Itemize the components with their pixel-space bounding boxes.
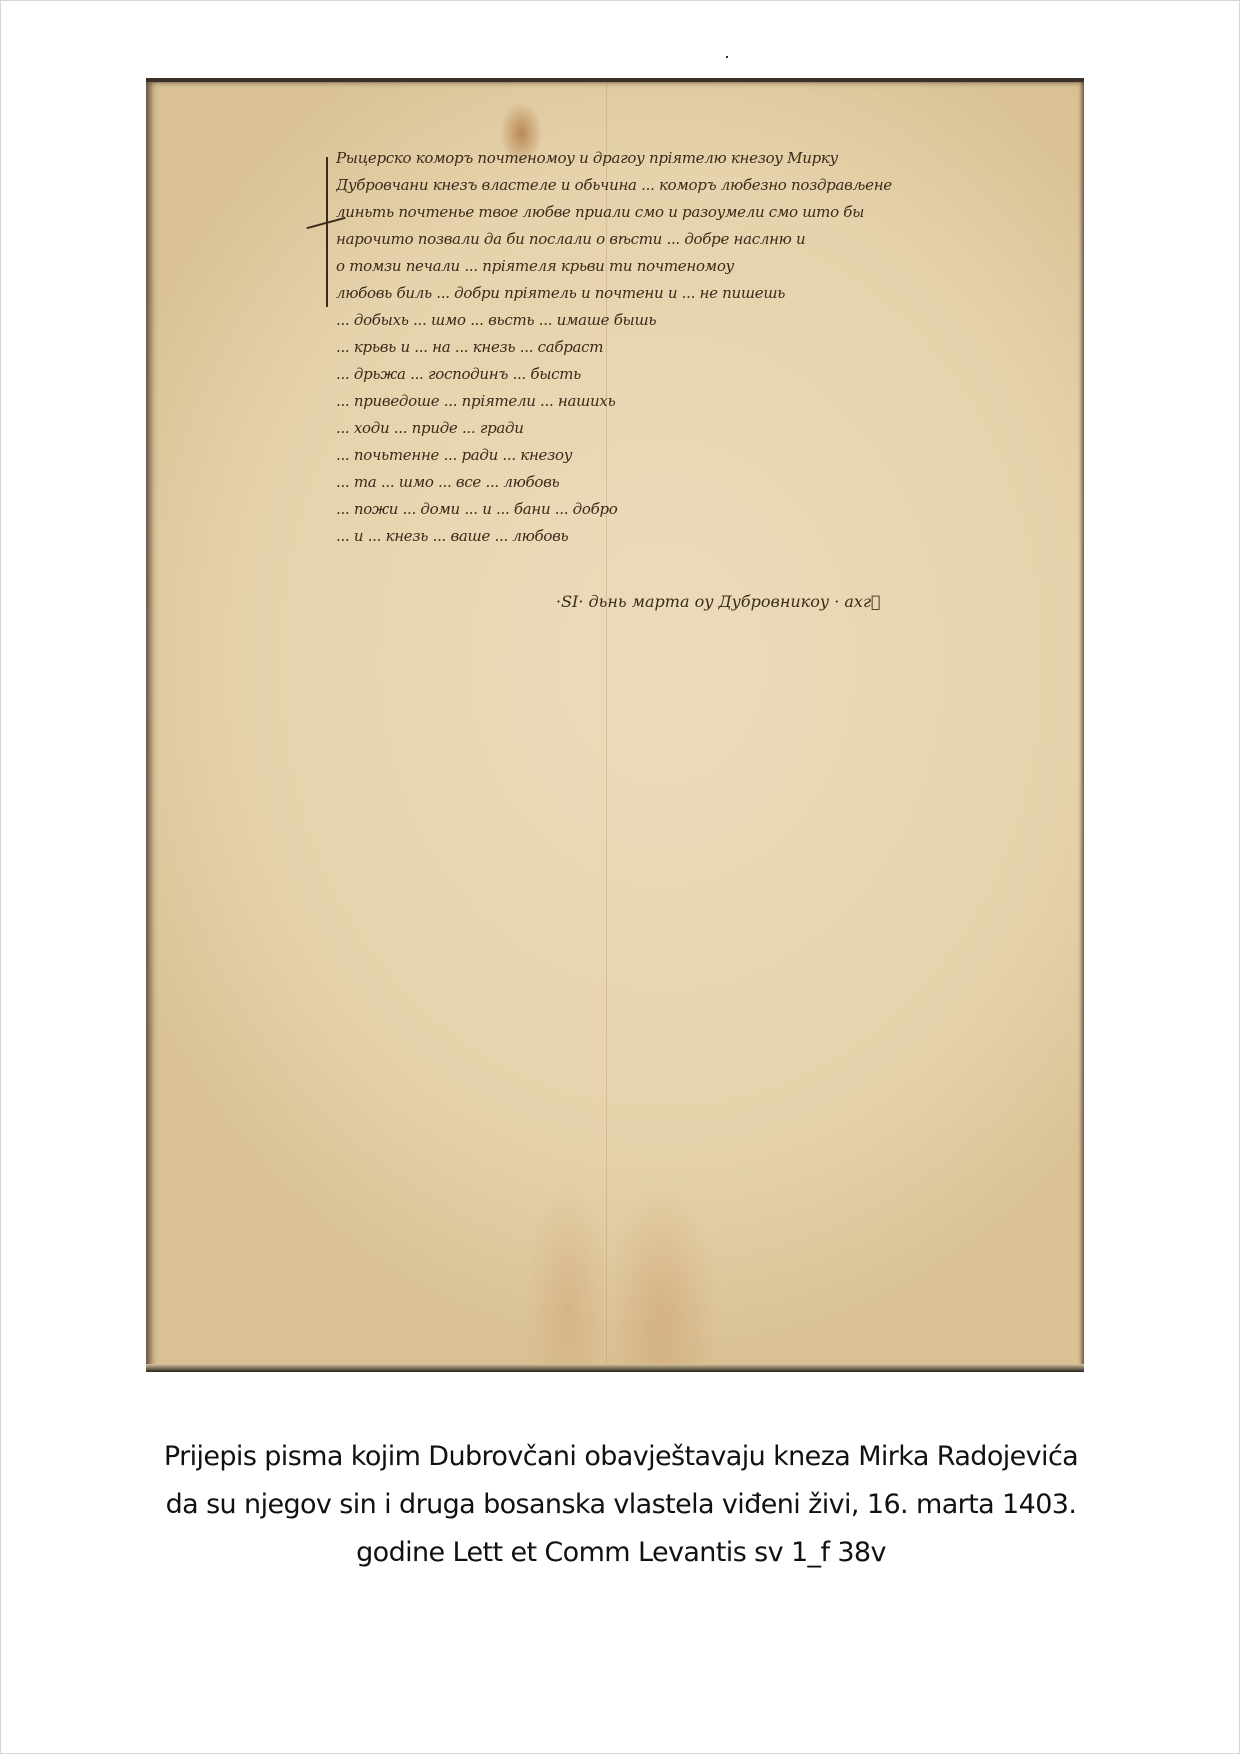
handwritten-line: ... дрьжа ... господинъ ... бысть — [336, 361, 1036, 388]
handwritten-line: ... та ... шмо ... все ... любовь — [336, 469, 1036, 496]
handwritten-line: ... приведоше ... пріятели ... нашихь — [336, 388, 1036, 415]
handwritten-line: о томзи печали ... пріятеля крьви ти поч… — [336, 253, 1036, 280]
scan-speck — [726, 56, 728, 58]
caption: Prijepis pisma kojim Dubrovčani obavješt… — [1, 1433, 1240, 1577]
handwritten-line: нарочито позвали да би послали о вѣсти .… — [336, 226, 1036, 253]
handwritten-line: ... крьвь и ... на ... кнезь ... сабраст — [336, 334, 1036, 361]
handwritten-line: ... ходи ... приде ... гради — [336, 415, 1036, 442]
handwritten-line: ... почьтенне ... ради ... кнезоу — [336, 442, 1036, 469]
caption-line-1: Prijepis pisma kojim Dubrovčani obavješt… — [1, 1433, 1240, 1481]
invocation-cross-icon — [326, 157, 328, 307]
handwritten-line: любовь биль ... добри пріятель и почтени… — [336, 280, 1036, 307]
caption-line-2: da su njegov sin i druga bosanska vlaste… — [1, 1481, 1240, 1529]
handwritten-text-block: Рыцерско коморъ почтеномоу и драгоу прія… — [336, 145, 1036, 550]
handwritten-line: ... добыхь ... шмо ... вьсть ... имаше б… — [336, 307, 1036, 334]
manuscript-scan: Рыцерско коморъ почтеномоу и драгоу прія… — [146, 78, 1084, 1372]
caption-line-3: godine Lett et Comm Levantis sv 1_f 38v — [1, 1529, 1240, 1577]
handwritten-line: ... и ... кнезь ... ваше ... любовь — [336, 523, 1036, 550]
handwritten-line: Дубровчани кнезъ властеле и обьчина ... … — [336, 172, 1036, 199]
handwritten-line: Рыцерско коморъ почтеномоу и драгоу прія… — [336, 145, 1036, 172]
handwritten-line: линьть почтенье твое любве приали смо и … — [336, 199, 1036, 226]
handwritten-line: ... пожи ... доми ... и ... бани ... доб… — [336, 496, 1036, 523]
page-sheet: Рыцерско коморъ почтеномоу и драгоу прія… — [0, 0, 1240, 1754]
date-signature-line: ·ЅІ· дьнь марта оу Дубровникоу · ахгⷯ — [556, 592, 881, 611]
